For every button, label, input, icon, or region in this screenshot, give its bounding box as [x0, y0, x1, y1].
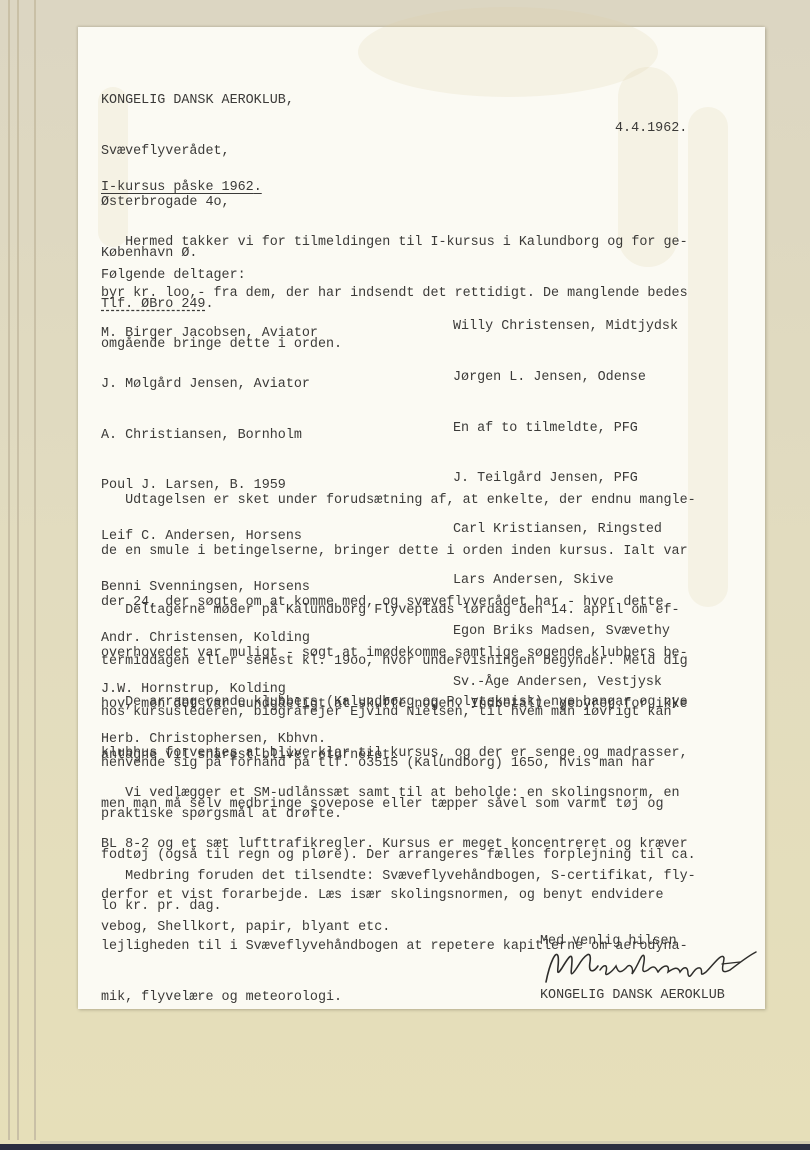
paragraph-line: Udtagelsen er sket under forudsætning af… — [101, 492, 751, 509]
signature-icon — [538, 942, 768, 992]
paragraph-line: Medbring foruden det tilsendte: Svævefly… — [101, 868, 751, 885]
scan-bottom-border — [0, 1144, 810, 1150]
participant-item: Jørgen L. Jensen, Odense — [453, 369, 678, 386]
subject-suffix: . — [254, 180, 262, 195]
folder-edge-line — [17, 0, 19, 1140]
participant-item: A. Christiansen, Bornholm — [101, 427, 326, 444]
participant-item: En af to tilmeldte, PFG — [453, 420, 678, 437]
paragraph-line: De arrangerende klubbers (Kalundborg og … — [101, 694, 751, 711]
paper-stain — [358, 7, 658, 97]
folder-edge-line — [8, 0, 10, 1140]
folder-edge-line — [34, 0, 36, 1140]
participants-label: Følgende deltager: — [101, 267, 246, 284]
sender-line: Svæveflyverådet, — [101, 143, 294, 160]
subject-text: I-kursus påske 1962 — [101, 180, 254, 195]
letter-subject: I-kursus påske 1962. — [101, 179, 262, 196]
folder-binder-edge — [0, 0, 45, 1150]
paragraph-line: Deltagerne møder på Kalundborg Flyveplad… — [101, 602, 751, 619]
participant-item: Willy Christensen, Midtjydsk — [453, 318, 678, 335]
letter-date: 4.4.1962. — [615, 120, 687, 137]
participant-item: M. Birger Jacobsen, Aviator — [101, 325, 326, 342]
paragraph-line: de en smule i betingelserne, bringer det… — [101, 543, 751, 560]
paragraph-line: Vi vedlægger et SM-udlånssæt samt til at… — [101, 785, 751, 802]
letter-page: KONGELIG DANSK AEROKLUB, Svæveflyverådet… — [78, 27, 765, 1009]
participant-item: J. Mølgård Jensen, Aviator — [101, 376, 326, 393]
sender-line: KONGELIG DANSK AEROKLUB, — [101, 92, 294, 109]
handwritten-signature — [538, 942, 768, 992]
paragraph-line: Hermed takker vi for tilmeldingen til I-… — [101, 234, 751, 251]
